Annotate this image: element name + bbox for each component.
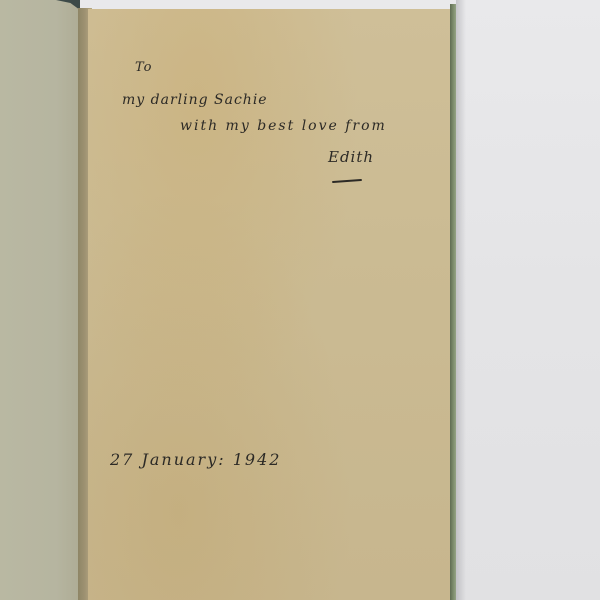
left-flyleaf [0,0,80,600]
inscription-signature: Edith [328,148,374,166]
inscription-line-to: To [135,60,153,75]
inscription-line-love: with my best love from [180,118,387,134]
inscription-date: 27 January: 1942 [110,450,281,469]
book-photo: To my darling Sachie with my best love f… [0,0,600,600]
inscription-line-recipient: my darling Sachie [122,92,268,108]
board-shadow [456,0,466,600]
